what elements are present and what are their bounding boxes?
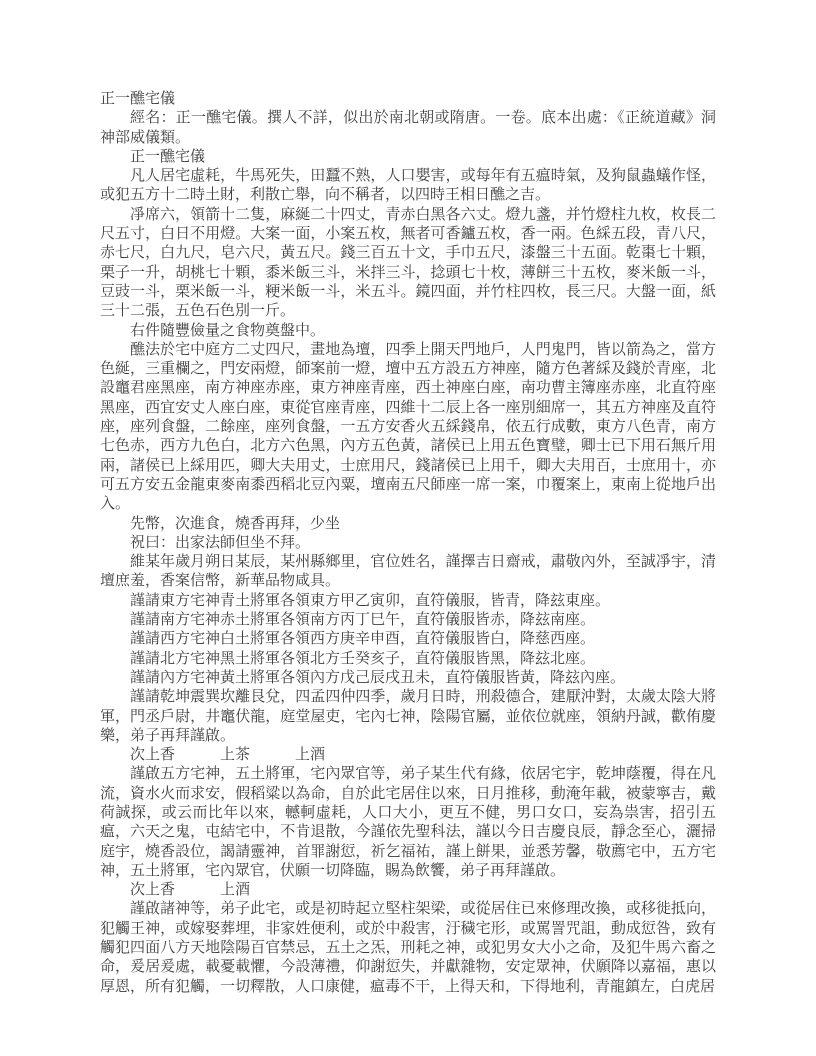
document-body: 正一醮宅儀經名：正一醮宅儀。撰人不詳，似出於南北朝或隋唐。一卷。底本出處：《正統… xyxy=(100,90,716,997)
paragraph: 謹請內方宅神黃土將軍各領內方戊己辰戌丑未，直符儀服皆黃，降玆內座。 xyxy=(100,669,716,688)
paragraph: 謹請乾坤震巽坎離艮兌，四孟四仲四季，歲月日時，刑殺德合，建厭沖對，太歲太陰大將軍… xyxy=(100,688,716,746)
document-page: 正一醮宅儀經名：正一醮宅儀。撰人不詳，似出於南北朝或隋唐。一卷。底本出處：《正統… xyxy=(0,0,816,1056)
paragraph: 次上香 上茶 上酒 xyxy=(100,746,716,765)
paragraph: 謹請東方宅神青土將軍各領東方甲乙寅卯，直符儀服，皆青，降玆東座。 xyxy=(100,592,716,611)
paragraph: 凡人居宅虛耗，牛馬死失，田蠶不熟，人口嬰害，或每年有五瘟時氣，及狗鼠蟲蟻作怪，或… xyxy=(100,167,716,206)
paragraph: 謹啟五方宅神，五土將軍，宅內眾官等，弟子某生代有緣，依居宅宇，乾坤蔭覆，得在凡流… xyxy=(100,765,716,881)
document-title: 正一醮宅儀 xyxy=(100,90,716,109)
paragraph: 維某年歲月朔日某辰，某州縣鄉里，官位姓名，謹擇吉日齋戒，肅敬內外，至誠凈宇，清壇… xyxy=(100,553,716,592)
paragraph: 祝曰：出家法師但坐不拜。 xyxy=(100,534,716,553)
paragraph: 凈席六，領箭十二隻，麻綖二十四丈，青赤白黑各六丈。燈九盞，并竹燈柱九枚，枚長二尺… xyxy=(100,206,716,322)
paragraph: 謹啟諸神等，弟子此宅，或是初時起立堅柱架梁，或從居住已來修理改換，或移徙抵向，犯… xyxy=(100,900,716,996)
paragraph: 先幣，次進食，燒香再拜，少坐 xyxy=(100,515,716,534)
paragraph: 謹請北方宅神黑土將軍各領北方壬癸亥子，直符儀服皆黑，降玆北座。 xyxy=(100,650,716,669)
paragraph: 次上香 上酒 xyxy=(100,881,716,900)
paragraph: 經名：正一醮宅儀。撰人不詳，似出於南北朝或隋唐。一卷。底本出處：《正統道藏》洞神… xyxy=(100,109,716,148)
paragraph: 正一醮宅儀 xyxy=(100,148,716,167)
paragraph: 謹請南方宅神赤土將軍各領南方丙丁巳午，直符儀服皆赤，降玆南座。 xyxy=(100,611,716,630)
paragraph: 謹請西方宅神白土將軍各領西方庚辛申酉，直符儀服皆白，降慈西座。 xyxy=(100,630,716,649)
paragraph: 醮法於宅中庭方二丈四尺，畫地為壇，四季上開天門地戶，人門鬼門，皆以箭為之，當方色… xyxy=(100,341,716,515)
paragraph: 右件隨豐儉量之食物奠盤中。 xyxy=(100,322,716,341)
